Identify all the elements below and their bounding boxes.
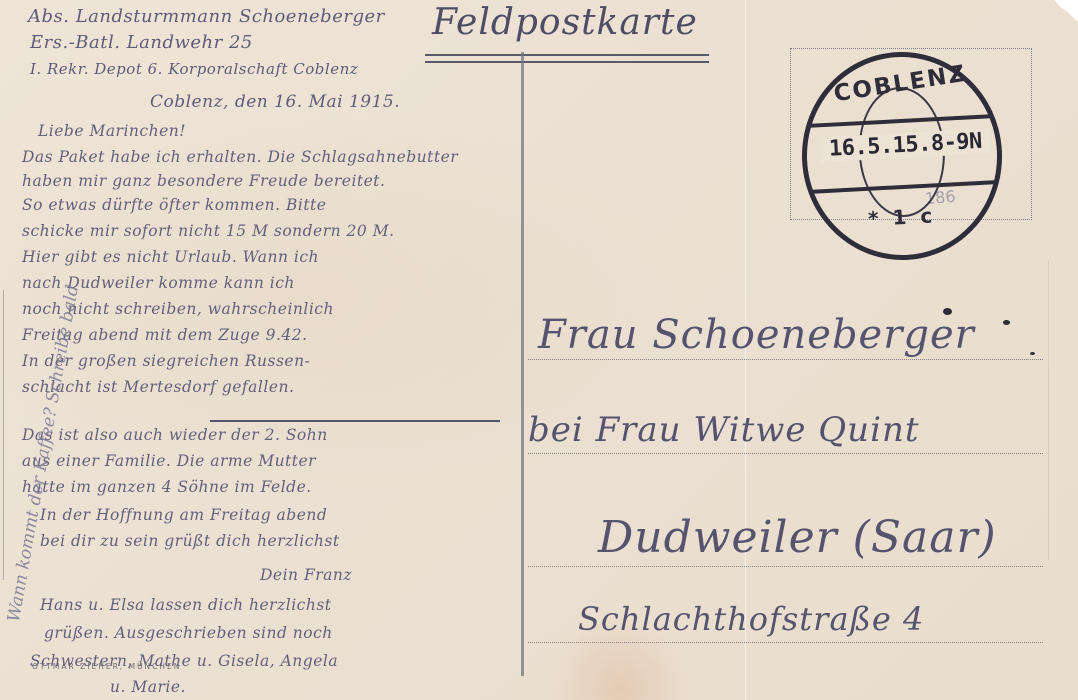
message-line: Das Paket habe ich erhalten. Die Schlags… [22,148,458,166]
address-dotted-line [528,566,1043,567]
publisher-imprint: OTTMAR ZIEHER, MÜNCHEN [32,662,181,671]
message-line: Das ist also auch wieder der 2. Sohn [22,426,328,444]
date-line: Coblenz, den 16. Mai 1915. [150,92,400,112]
address-street: Schlachthofstraße 4 [578,600,924,638]
title-underline [425,54,709,56]
sender-line: I. Rekr. Depot 6. Korporalschaft Coblenz [30,60,358,78]
sender-line: Abs. Landsturmmann Schoeneberger [28,6,385,27]
address-dotted-line [528,642,1043,643]
message-line: grüßen. Ausgeschrieben sind noch [44,624,333,642]
signature: Dein Franz [260,566,352,584]
torn-corner [1048,0,1078,22]
message-line: hatte im ganzen 4 Söhne im Felde. [22,478,312,496]
message-line: Liebe Marinchen! [38,122,186,140]
postmark-code: *1c [862,202,953,231]
message-line: bei dir zu sein grüßt dich herzlichst [40,532,340,550]
message-line: In der Hoffnung am Freitag abend [40,506,327,524]
address-dotted-line [528,453,1043,454]
message-line: aus einer Familie. Die arme Mutter [22,452,316,470]
ink-spot [1030,352,1035,355]
message-line: Hier gibt es nicht Urlaub. Wann ich [22,248,319,266]
ink-spot [1003,320,1010,325]
address-city: Dudweiler (Saar) [598,512,997,563]
message-line: schicke mir sofort nicht 15 M sondern 20… [22,222,395,240]
address-recipient: Frau Schoeneberger [538,312,975,358]
sender-line: Ers.-Batl. Landwehr 25 [30,32,253,53]
center-divider [521,52,524,676]
margin-rule [3,290,4,580]
message-line: u. Marie. [110,678,186,696]
underline-mertesdorf [210,420,500,422]
message-line: So etwas dürfte öfter kommen. Bitte [22,196,326,214]
feldpostkarte: Abs. Landsturmmann Schoeneberger Ers.-Ba… [0,0,1078,700]
postmark-datetime: 16.5.15.8-9N [820,128,991,162]
address-care-of: bei Frau Witwe Quint [528,410,920,450]
title-underline [425,61,709,63]
address-dotted-line [528,359,1043,360]
card-title: Feldpostkarte [432,2,698,43]
message-line: Hans u. Elsa lassen dich herzlichst [40,596,332,614]
paper-edge-line [1048,260,1049,560]
message-line: haben mir ganz besondere Freude bereitet… [22,172,385,190]
